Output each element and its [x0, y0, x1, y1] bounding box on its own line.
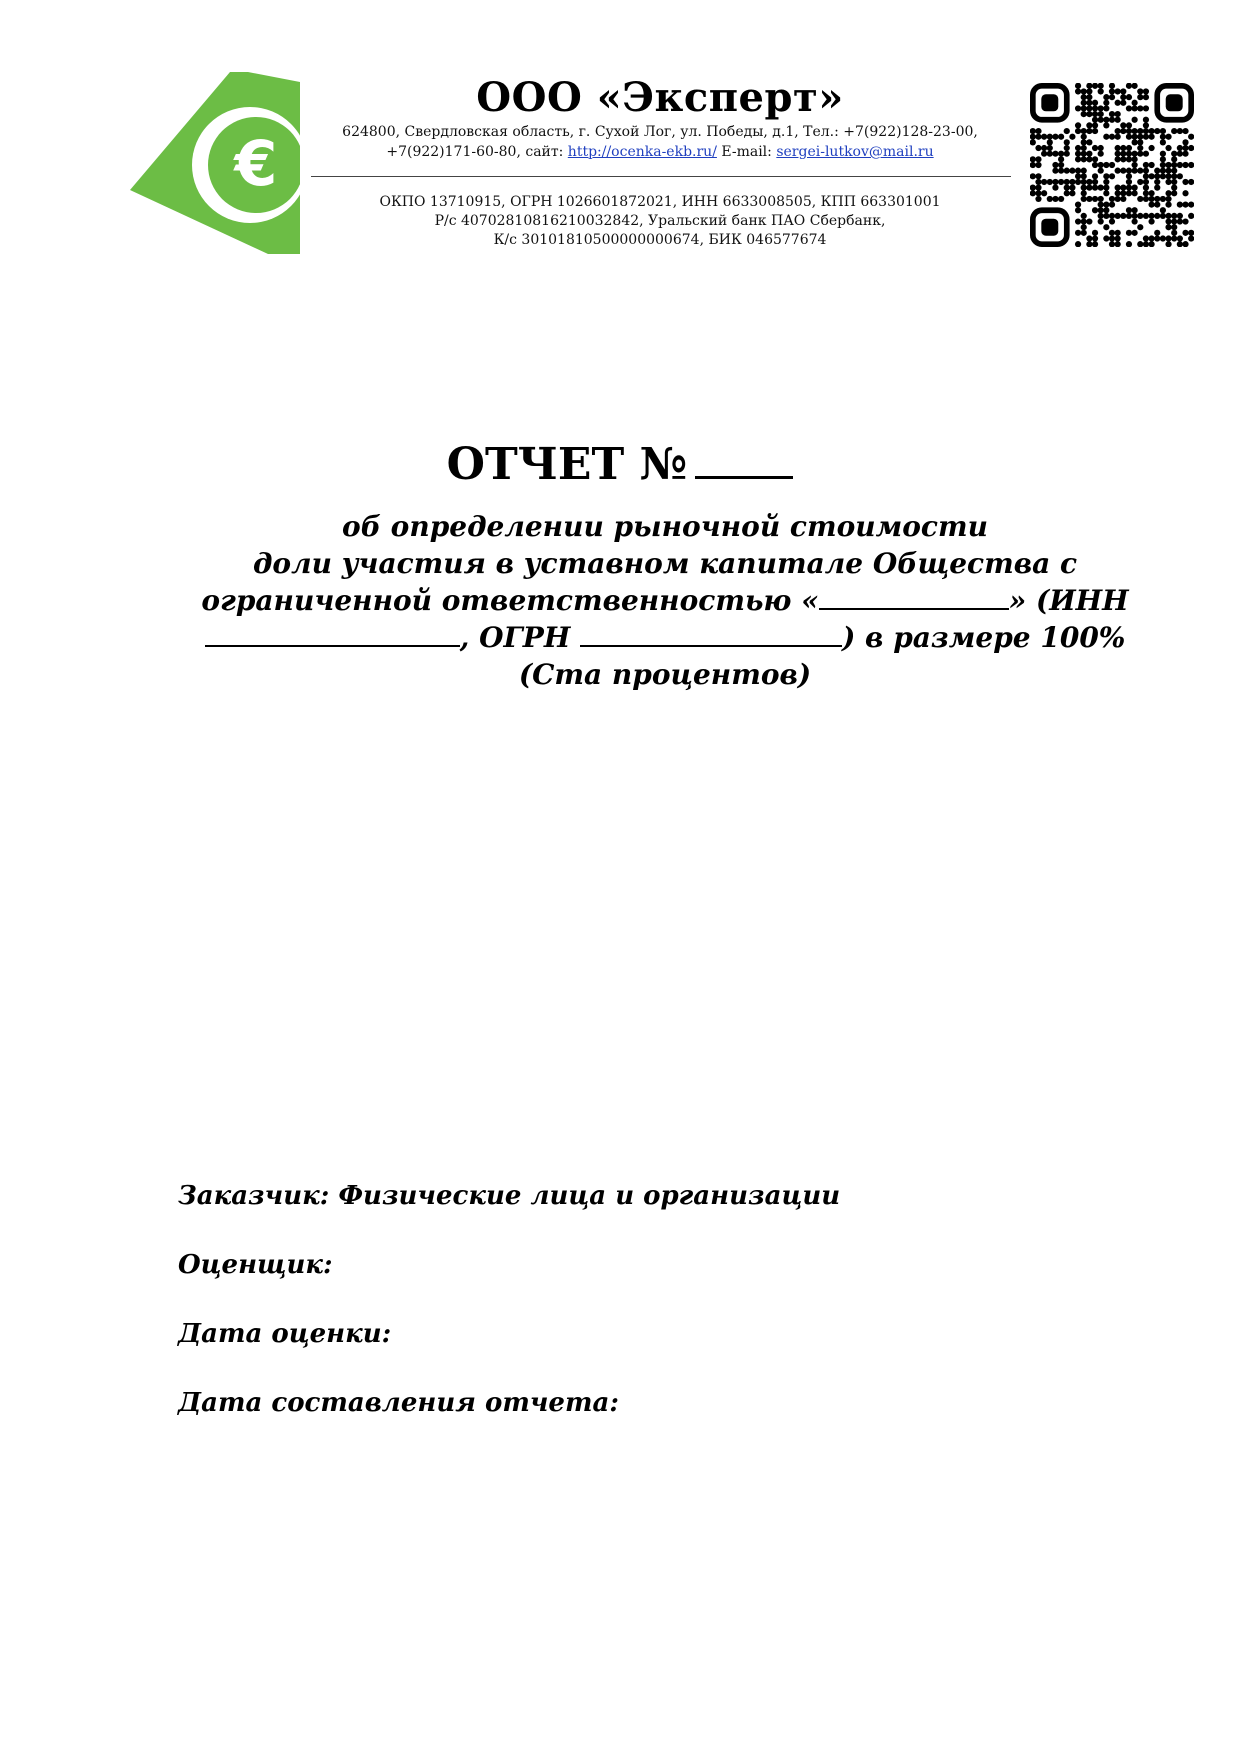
company-name: ООО «Эксперт» — [300, 74, 1020, 122]
appraiser-field: Оценщик: — [178, 1247, 1078, 1316]
share-size-text: ) в размере 100% — [842, 621, 1125, 654]
customer-field: Заказчик: Физические лица и организации — [178, 1178, 1078, 1247]
report-date-field: Дата составления отчета: — [178, 1385, 1078, 1454]
email-label: E-mail: — [717, 144, 776, 160]
inn-blank — [205, 619, 460, 647]
report-number-blank — [695, 436, 793, 479]
subtitle-line-3-start: ограниченной ответственностью « — [201, 584, 818, 617]
report-cover-page: € ООО «Эксперт» 624800, Свердловская обл… — [0, 0, 1240, 1754]
report-title: ОТЧЕТ № — [0, 436, 1240, 493]
report-title-text: ОТЧЕТ № — [447, 439, 688, 490]
website-link[interactable]: http://ocenka-ekb.ru/ — [568, 144, 717, 160]
company-name-blank — [819, 582, 1009, 610]
euro-eye-logo-icon: € — [130, 72, 300, 254]
ogrn-label: , ОГРН — [460, 621, 580, 654]
phone-text: +7(922)171-60-80, сайт: — [386, 144, 567, 160]
subtitle-line-3: ограниченной ответственностью «» (ИНН — [190, 582, 1140, 619]
company-address: 624800, Свердловская область, г. Сухой Л… — [300, 122, 1020, 162]
email-link[interactable]: sergei-lutkov@mail.ru — [776, 144, 933, 160]
report-subtitle: об определении рыночной стоимости доли у… — [190, 508, 1140, 693]
subtitle-line-5: (Ста процентов) — [190, 656, 1140, 693]
ogrn-blank — [580, 619, 842, 647]
subtitle-line-3-end: » (ИНН — [1009, 584, 1129, 617]
subtitle-line-4: , ОГРН ) в размере 100% — [190, 619, 1140, 656]
subtitle-line-1: об определении рыночной стоимости — [190, 508, 1140, 545]
address-line-2: +7(922)171-60-80, сайт: http://ocenka-ek… — [300, 142, 1020, 162]
qr-code-icon — [1030, 83, 1194, 247]
valuation-date-field: Дата оценки: — [178, 1316, 1078, 1385]
requisites-line-3: К/с 30101810500000000674, БИК 046577674 — [300, 231, 1020, 250]
report-fields: Заказчик: Физические лица и организации … — [178, 1178, 1078, 1454]
header-divider — [311, 176, 1011, 177]
requisites-line-1: ОКПО 13710915, ОГРН 1026601872021, ИНН 6… — [300, 193, 1020, 212]
subtitle-line-2: доли участия в уставном капитале Обществ… — [190, 545, 1140, 582]
address-line-1: 624800, Свердловская область, г. Сухой Л… — [300, 122, 1020, 142]
svg-text:€: € — [232, 127, 277, 200]
bank-requisites: ОКПО 13710915, ОГРН 1026601872021, ИНН 6… — [300, 193, 1020, 250]
requisites-line-2: Р/с 40702810816210032842, Уральский банк… — [300, 212, 1020, 231]
